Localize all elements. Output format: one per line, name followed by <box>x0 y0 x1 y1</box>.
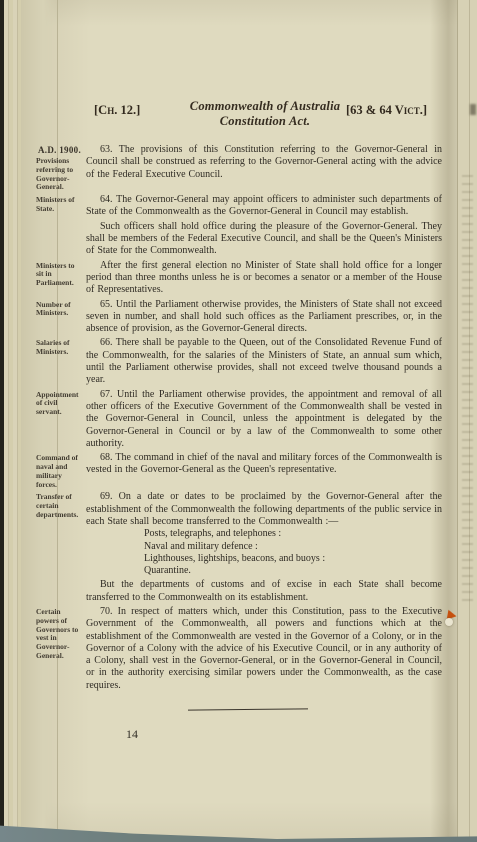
act-title-line1: Commonwealth of Australia <box>158 99 372 114</box>
paragraph-column: 70. In respect of matters which, under t… <box>86 606 442 692</box>
act-title: Commonwealth of Australia Constitution A… <box>158 99 372 129</box>
margin-note <box>36 221 86 258</box>
paragraph-column: 65. Until the Parliament otherwise provi… <box>86 299 442 336</box>
paragraph-column: 66. There shall be payable to the Queen,… <box>86 337 442 386</box>
paragraph-column: 64. The Governor-General may appoint off… <box>86 194 442 219</box>
paragraph-text: 70. In respect of matters which, under t… <box>86 606 442 692</box>
margin-note: Certain powers of Governors to vest in G… <box>36 606 86 692</box>
margin-note: Ministers of State. <box>36 194 86 219</box>
paragraph-text: Such officers shall hold office during t… <box>86 221 442 258</box>
paragraph-text: 66. There shall be payable to the Queen,… <box>86 337 442 386</box>
scanned-book-page: [Ch. 12.] Commonwealth of Australia Cons… <box>0 0 477 842</box>
paragraph-column: 68. The command in chief of the naval an… <box>86 452 442 489</box>
statute-paragraph: Number of Ministers. 65. Until the Parli… <box>36 299 440 336</box>
running-header: [Ch. 12.] Commonwealth of Australia Cons… <box>0 99 477 147</box>
margin-note: Ministers to sit in Parliament. <box>36 260 86 297</box>
margin-note: Command of naval and military forces. <box>36 452 86 489</box>
statute-paragraph: But the departments of customs and of ex… <box>36 579 440 604</box>
paragraph-text: 63. The provisions of this Constitution … <box>86 144 442 181</box>
act-title-line2: Constitution Act. <box>158 114 372 129</box>
paragraph-text: 67. Until the Parliament otherwise provi… <box>86 389 442 450</box>
body-paragraphs: Provisions referring to Governor-General… <box>36 144 440 692</box>
margin-note: Number of Ministers. <box>36 299 86 336</box>
paragraph-column: 67. Until the Parliament otherwise provi… <box>86 389 442 450</box>
statute-paragraph: Appointment of civil servant. 67. Until … <box>36 389 440 450</box>
margin-note: Transfer of certain departments. <box>36 491 86 577</box>
paragraph-column: But the departments of customs and of ex… <box>86 579 442 604</box>
department-list-item: Posts, telegraphs, and telephones : <box>144 528 442 540</box>
chapter-number: [Ch. 12.] <box>94 103 140 118</box>
ghost-text-bleedthrough <box>462 175 473 605</box>
paper-blob <box>445 618 453 626</box>
statute-paragraph: Transfer of certain departments. 69. On … <box>36 491 440 577</box>
section-end-rule <box>188 708 308 710</box>
department-list: Posts, telegraphs, and telephones :Naval… <box>144 528 442 577</box>
paragraph-text: 65. Until the Parliament otherwise provi… <box>86 299 442 336</box>
fore-edge-orange-mark <box>445 611 457 627</box>
margin-note <box>36 579 86 604</box>
statute-paragraph: Salaries of Ministers. 66. There shall b… <box>36 337 440 386</box>
statute-paragraph: Ministers to sit in Parliament. After th… <box>36 260 440 297</box>
statute-paragraph: Ministers of State. 64. The Governor-Gen… <box>36 194 440 219</box>
paragraph-text: After the first general election no Mini… <box>86 260 442 297</box>
margin-note: Salaries of Ministers. <box>36 337 86 386</box>
statute-paragraph: Such officers shall hold office during t… <box>36 221 440 258</box>
page-body: A.D. 1900. Provisions referring to Gover… <box>36 144 440 742</box>
page-number: 14 <box>126 727 440 742</box>
paragraph-column: 63. The provisions of this Constitution … <box>86 144 442 192</box>
department-list-item: Lighthouses, lightships, beacons, and bu… <box>144 553 442 565</box>
statute-paragraph: Command of naval and military forces. 68… <box>36 452 440 489</box>
table-surface <box>0 822 477 842</box>
department-list-item: Quarantine. <box>144 565 442 577</box>
paragraph-text: But the departments of customs and of ex… <box>86 579 442 604</box>
margin-note: Appointment of civil servant. <box>36 389 86 450</box>
year-margin-note: A.D. 1900. <box>38 145 81 155</box>
regnal-year: [63 & 64 Vict.] <box>346 103 427 118</box>
statute-paragraph: Provisions referring to Governor-General… <box>36 144 440 192</box>
paragraph-text: 69. On a date or dates to be proclaimed … <box>86 491 442 528</box>
paragraph-text: 64. The Governor-General may appoint off… <box>86 194 442 219</box>
paragraph-column: 69. On a date or dates to be proclaimed … <box>86 491 442 577</box>
paragraph-column: Such officers shall hold office during t… <box>86 221 442 258</box>
statute-paragraph: Certain powers of Governors to vest in G… <box>36 606 440 692</box>
paragraph-column: After the first general election no Mini… <box>86 260 442 297</box>
paragraph-text: 68. The command in chief of the naval an… <box>86 452 442 477</box>
department-list-item: Naval and military defence : <box>144 541 442 553</box>
